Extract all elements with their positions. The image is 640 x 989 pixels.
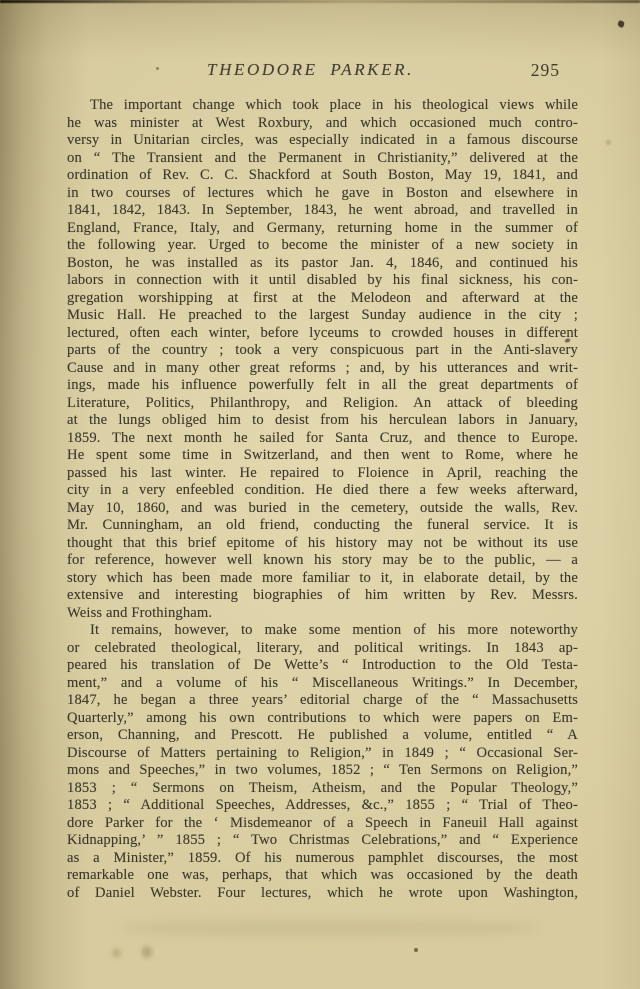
ink-speck [156, 67, 159, 70]
text-line: of Daniel Webster. Four lectures, which … [67, 885, 578, 903]
text-line: The important change which took place in… [67, 97, 578, 115]
foxing-stain [120, 920, 540, 936]
text-block: The important change which took place in… [67, 97, 578, 902]
text-line: the following year. Urged to become the … [67, 237, 578, 255]
text-line: labors in connection with it until disab… [67, 272, 578, 290]
text-line: passed his last winter. He repaired to F… [67, 465, 578, 483]
text-line: Kidnapping,’ ” 1855 ; “ Two Christmas Ce… [67, 832, 578, 850]
text-line: at the lungs obliged him to desist from … [67, 412, 578, 430]
text-line: ordination of Rev. C. C. Shackford at So… [67, 167, 578, 185]
text-line: story which has been made more familiar … [67, 570, 578, 588]
page-number: 295 [531, 60, 560, 81]
text-line: on “ The Transient and the Permanent in … [67, 150, 578, 168]
ink-speck [617, 20, 625, 28]
text-line: Music Hall. He preached to the largest S… [67, 307, 578, 325]
text-line: for reference, however well known his st… [67, 552, 578, 570]
text-line: as a Minister,” 1859. Of his numerous pa… [67, 850, 578, 868]
text-line: Quarterly,” among his own contributions … [67, 710, 578, 728]
text-line: Boston, he was installed as its pastor J… [67, 255, 578, 273]
text-line: he was minister at West Roxbury, and whi… [67, 115, 578, 133]
text-line: 1847, he began a three years’ editorial … [67, 692, 578, 710]
text-line: dore Parker for the ‘ Misdemeanor of a S… [67, 815, 578, 833]
text-line: extensive and interesting biographies of… [67, 587, 578, 605]
text-line: versy in Unitarian circles, was especial… [67, 132, 578, 150]
text-line: 1853 ; “ Additional Speeches, Addresses,… [67, 797, 578, 815]
text-line: ings, made his influence powerfully felt… [67, 377, 578, 395]
text-line: 1859. The next month he sailed for Santa… [67, 430, 578, 448]
running-header-title: THEODORE PARKER. [55, 60, 566, 80]
text-line: erson, Channing, and Prescott. He publis… [67, 727, 578, 745]
text-line: He spent some time in Switzerland, and t… [67, 447, 578, 465]
text-line: thought that this brief epitome of his h… [67, 535, 578, 553]
text-line: Mr. Cunningham, an old friend, conductin… [67, 517, 578, 535]
text-line: It remains, however, to make some mentio… [67, 622, 578, 640]
scan-edge-top [0, 0, 640, 3]
text-line: in two courses of lectures which he gave… [67, 185, 578, 203]
text-line: Weiss and Frothingham. [67, 605, 578, 623]
text-line: 1841, 1842, 1843. In September, 1843, he… [67, 202, 578, 220]
text-line: 1853 ; “ Sermons on Theism, Atheism, and… [67, 780, 578, 798]
paragraph: The important change which took place in… [67, 97, 578, 622]
paragraph: It remains, however, to make some mentio… [67, 622, 578, 902]
text-line: Discourse of Matters pertaining to Relig… [67, 745, 578, 763]
text-line: remarkable one was, perhaps, that which … [67, 867, 578, 885]
text-line: or celebrated theological, literary, and… [67, 640, 578, 658]
text-line: England, France, Italy, and Germany, ret… [67, 220, 578, 238]
text-line: city in a very enfeebled condition. He d… [67, 482, 578, 500]
paper-smudge [112, 948, 121, 958]
text-line: lectured, often each winter, before lyce… [67, 325, 578, 343]
text-line: Literature, Politics, Philanthropy, and … [67, 395, 578, 413]
text-line: May 10, 1860, and was buried in the ceme… [67, 500, 578, 518]
text-line: ment,” and a volume of his “ Miscellaneo… [67, 675, 578, 693]
ink-speck [606, 140, 611, 145]
text-line: peared his translation of De Wette’s “ I… [67, 657, 578, 675]
book-page-scan: THEODORE PARKER. 295 The important chang… [0, 0, 640, 989]
running-header: THEODORE PARKER. 295 [67, 60, 578, 86]
text-line: mons and Speeches,” in two volumes, 1852… [67, 762, 578, 780]
text-line: parts of the country ; took a very consp… [67, 342, 578, 360]
text-line: gregation worshipping at first at the Me… [67, 290, 578, 308]
text-line: Cause and in many other great reforms ; … [67, 360, 578, 378]
ink-speck [414, 948, 418, 952]
paper-smudge [142, 946, 152, 958]
